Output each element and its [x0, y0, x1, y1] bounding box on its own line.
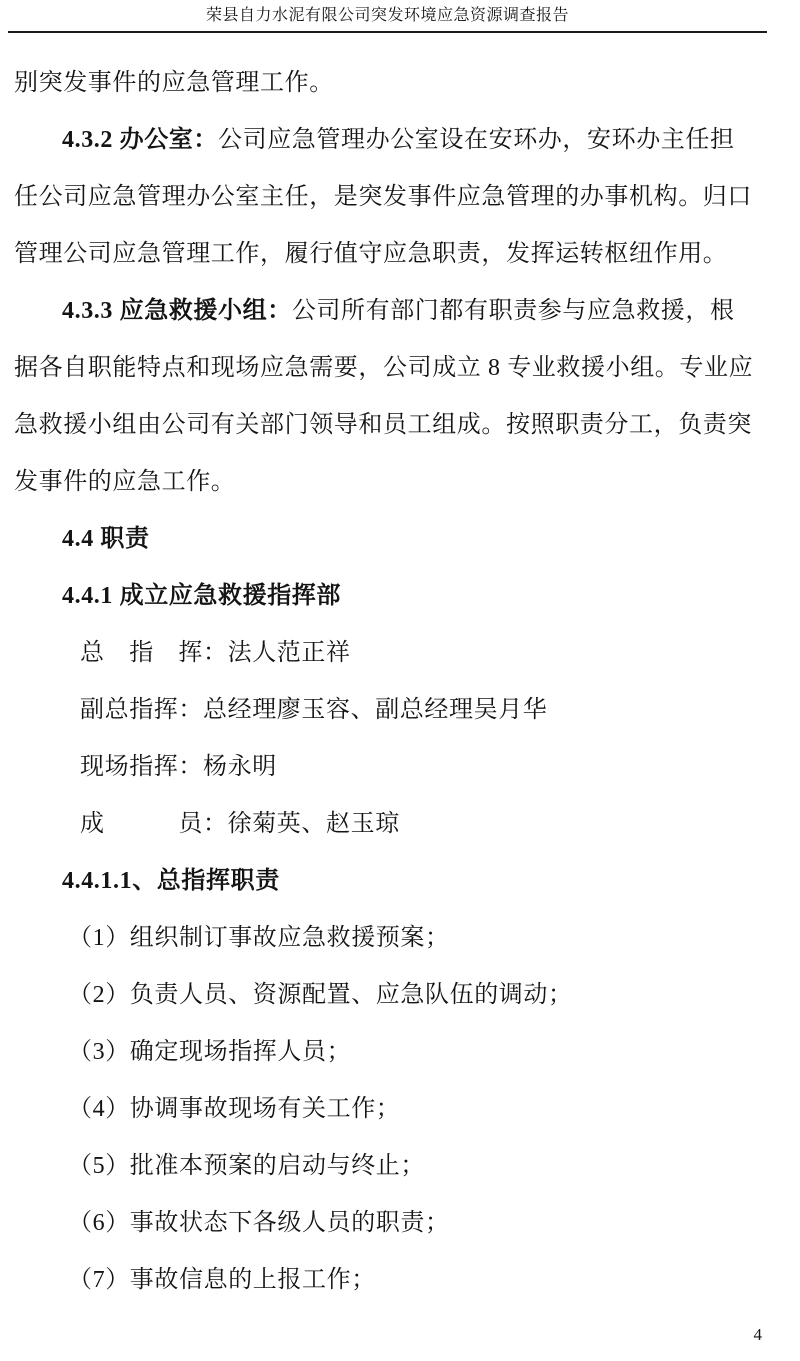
paragraph-line: 据各自职能特点和现场应急需要，公司成立 8 专业救援小组。专业应 [14, 340, 774, 397]
list-item: （2）负责人员、资源配置、应急队伍的调动； [14, 967, 774, 1024]
document-header: 荣县自力水泥有限公司突发环境应急资源调查报告 [8, 6, 767, 33]
paragraph-lead: 4.3.3 应急救援小组： [62, 298, 292, 324]
list-item: （6）事故状态下各级人员的职责； [14, 1195, 774, 1252]
list-item: （1）组织制订事故应急救援预案； [14, 910, 774, 967]
role-line: 现场指挥：杨永明 [14, 739, 774, 796]
paragraph-line: 4.3.2 办公室：公司应急管理办公室设在安环办，安环办主任担 [14, 112, 774, 169]
role-line: 成 员：徐菊英、赵玉琼 [14, 796, 774, 853]
paragraph-line: 别突发事件的应急管理工作。 [14, 55, 774, 112]
document-body: 别突发事件的应急管理工作。 4.3.2 办公室：公司应急管理办公室设在安环办，安… [0, 33, 800, 1309]
paragraph-text: 公司所有部门都有职责参与应急救援，根 [292, 298, 735, 324]
section-heading: 4.4 职责 [14, 511, 774, 568]
section-heading: 4.4.1.1、总指挥职责 [14, 853, 774, 910]
paragraph-line: 4.3.3 应急救援小组：公司所有部门都有职责参与应急救援，根 [14, 283, 774, 340]
list-item: （7）事故信息的上报工作； [14, 1252, 774, 1309]
paragraph-lead: 4.3.2 办公室： [62, 127, 218, 153]
role-line: 副总指挥：总经理廖玉容、副总经理吴月华 [14, 682, 774, 739]
list-item: （3）确定现场指挥人员； [14, 1024, 774, 1081]
role-line: 总 指 挥：法人范正祥 [14, 625, 774, 682]
paragraph-line: 急救援小组由公司有关部门领导和员工组成。按照职责分工，负责突 [14, 397, 774, 454]
paragraph-text: 公司应急管理办公室设在安环办，安环办主任担 [218, 127, 735, 153]
paragraph-line: 任公司应急管理办公室主任，是突发事件应急管理的办事机构。归口 [14, 169, 774, 226]
paragraph-line: 管理公司应急管理工作，履行值守应急职责，发挥运转枢纽作用。 [14, 226, 774, 283]
section-heading: 4.4.1 成立应急救援指挥部 [14, 568, 774, 625]
page-number: 4 [754, 1325, 763, 1345]
header-title: 荣县自力水泥有限公司突发环境应急资源调查报告 [206, 7, 569, 24]
list-item: （4）协调事故现场有关工作； [14, 1081, 774, 1138]
paragraph-line: 发事件的应急工作。 [14, 454, 774, 511]
list-item: （5）批准本预案的启动与终止； [14, 1138, 774, 1195]
